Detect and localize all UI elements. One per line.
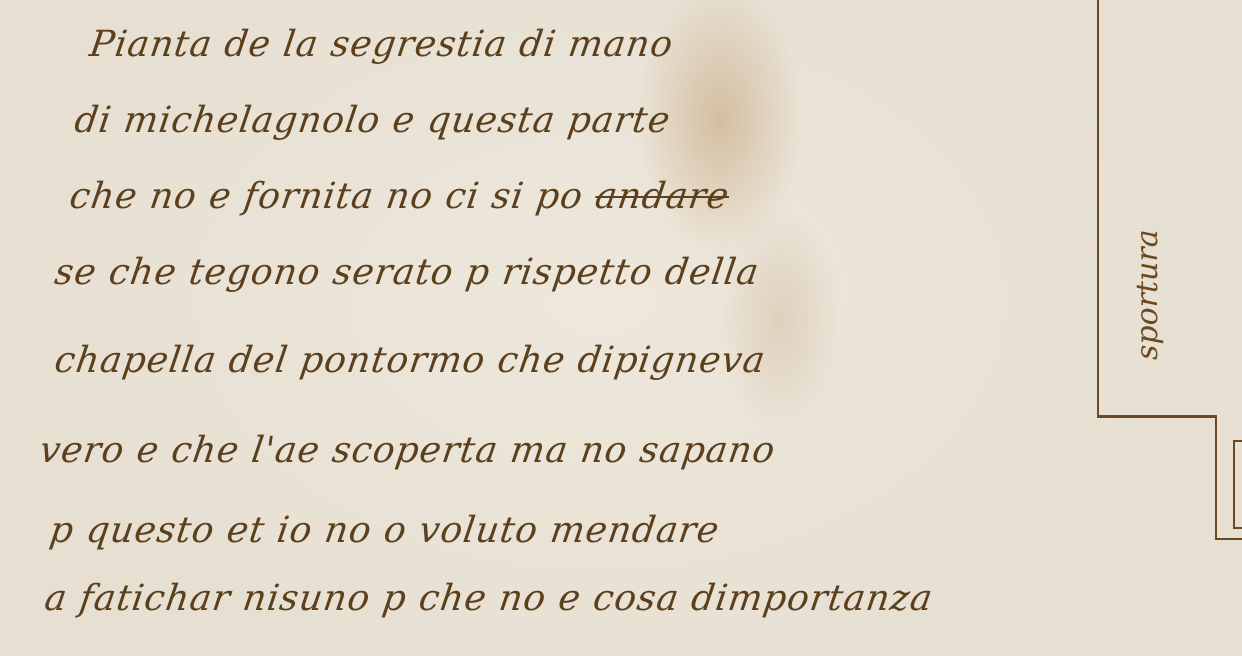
text-line-2: di michelagnolo e questa parte (72, 100, 673, 141)
plan-wall-vertical (1097, 0, 1099, 417)
text-line-8: a fatichar nisuno p che no e cosa dimpor… (42, 578, 936, 619)
text-line-7: p questo et io no o voluto mendare (47, 510, 722, 551)
margin-note: sportura (1130, 229, 1165, 360)
struck-word: andare (593, 176, 732, 217)
plan-wall-horizontal (1097, 415, 1217, 418)
text-line-3: che no e fornita no ci si po andare (67, 176, 732, 217)
text-line-1: Pianta de la segrestia di mano (87, 24, 676, 65)
plan-wall-step (1215, 415, 1217, 540)
text-line-3-main: che no e fornita no ci si po (67, 176, 586, 217)
text-line-6: vero e che l'ae scoperta ma no sapano (37, 430, 778, 471)
plan-wall-lower (1215, 538, 1242, 540)
plan-pier (1233, 440, 1242, 529)
text-line-4: se che tegono serato p rispetto della (52, 252, 762, 293)
text-line-5: chapella del pontormo che dipigneva (52, 340, 768, 381)
